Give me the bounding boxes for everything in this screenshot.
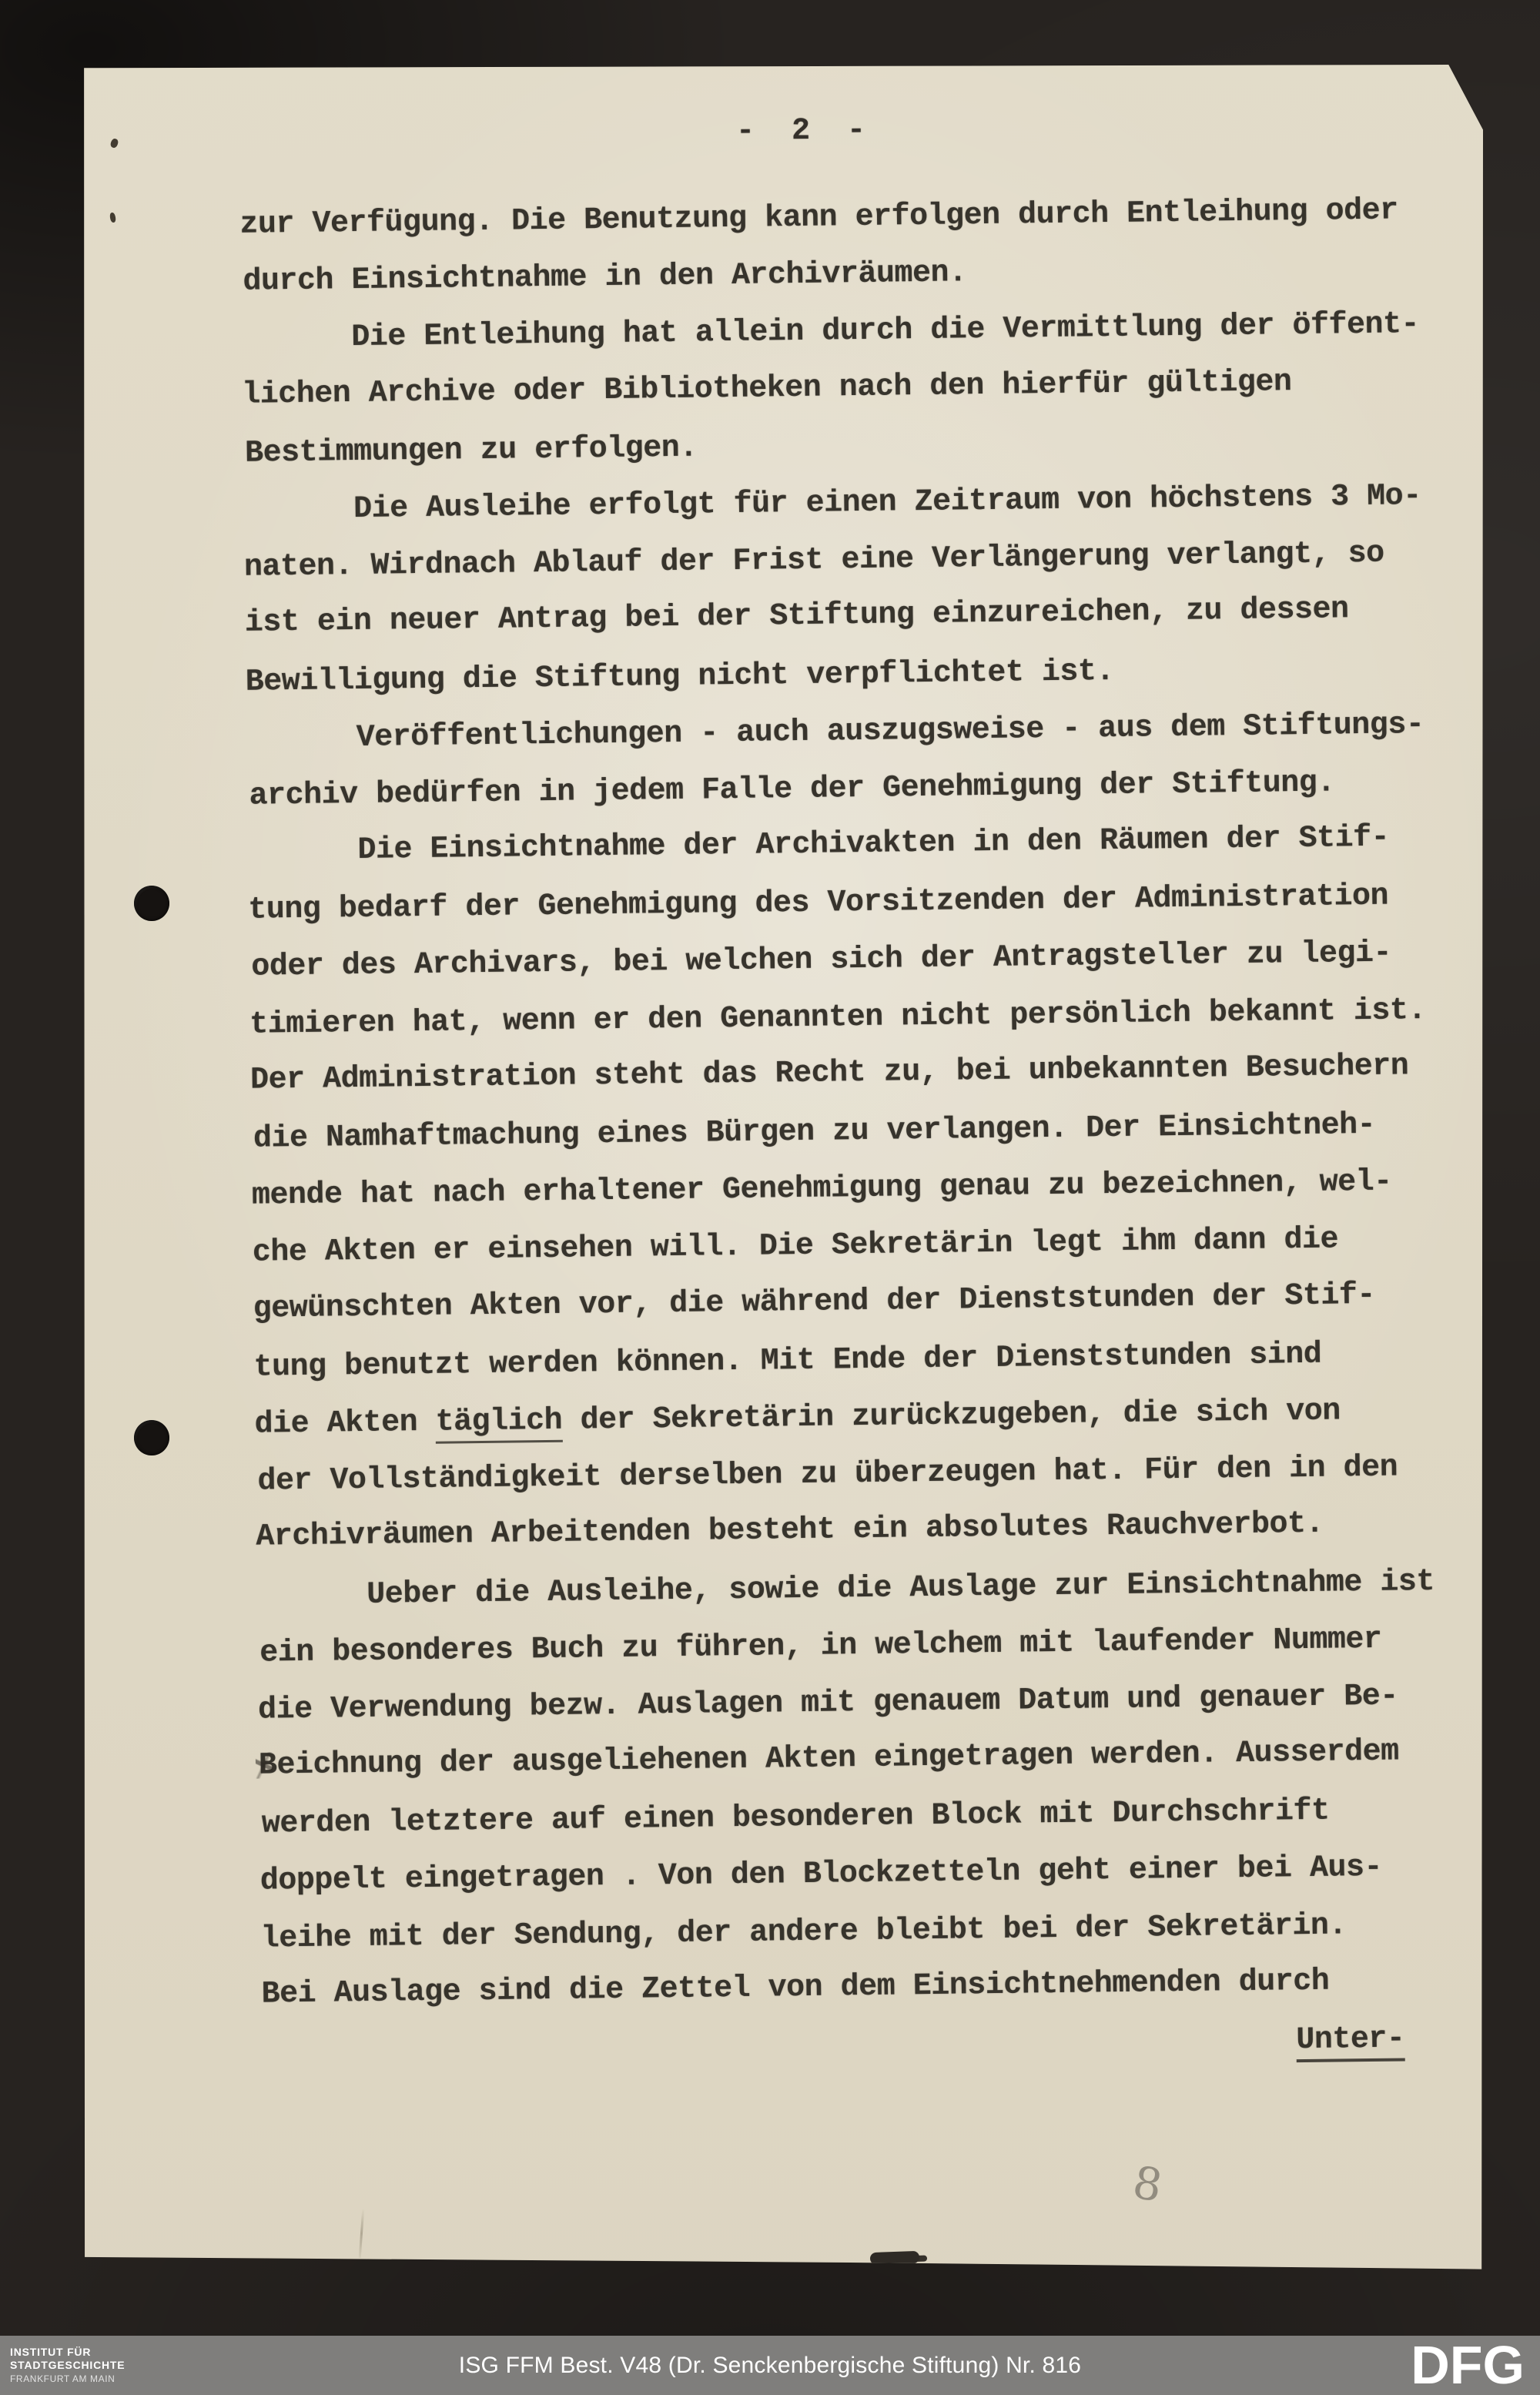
archive-footer-bar: INSTITUT FÜR STADTGESCHICHTE FRANKFURT A… [0, 2336, 1540, 2395]
catchword: Unter- [1296, 2022, 1405, 2062]
ink-speck [109, 138, 119, 149]
ink-speck [109, 212, 116, 223]
underlined-word: täglich [435, 1404, 562, 1444]
typewritten-text: zur Verfügung. Die Benutzung kann erfolg… [239, 182, 1482, 2082]
punch-hole [134, 886, 169, 921]
document-page: - 2 - zur Verfügung. Die Benutzung kann … [77, 65, 1483, 2270]
archival-scan-viewer: - 2 - zur Verfügung. Die Benutzung kann … [0, 0, 1540, 2395]
punch-hole [134, 1420, 169, 1455]
paper-crease [359, 2209, 364, 2258]
archival-reference: ISG FFM Best. V48 (Dr. Senckenbergische … [0, 2353, 1540, 2379]
pencil-annotation: 8 [1129, 2155, 1166, 2212]
dfg-logo: DFG [1411, 2333, 1525, 2392]
page-number: - 2 - [736, 113, 875, 149]
edge-smudge [870, 2251, 920, 2265]
